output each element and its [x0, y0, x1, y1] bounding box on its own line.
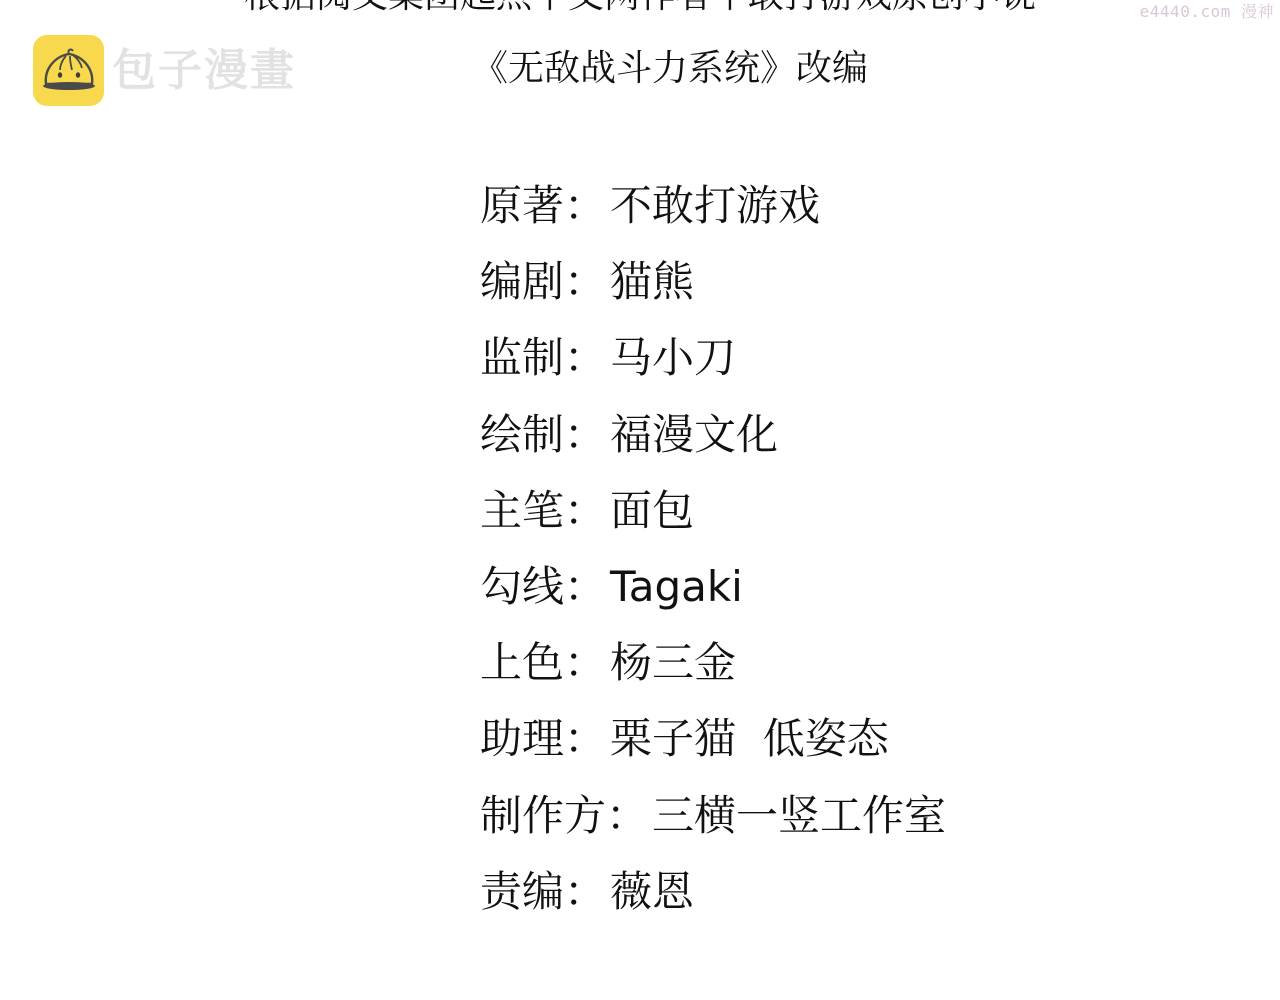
- credit-row-line-art: 勾线：Tagaki: [480, 559, 946, 635]
- credit-role: 责编: [480, 864, 564, 940]
- credit-role: 上色: [480, 635, 564, 711]
- credit-row-illustration: 绘制：福漫文化: [480, 407, 946, 483]
- credit-role: 助理: [480, 711, 564, 787]
- credit-separator: ：: [564, 711, 610, 787]
- credit-row-coloring: 上色：杨三金: [480, 635, 946, 711]
- credit-role: 编剧: [480, 254, 564, 330]
- credit-name: 栗子猫 低姿态: [610, 711, 889, 787]
- credit-name: 面包: [610, 483, 694, 559]
- credit-separator: ：: [564, 483, 610, 559]
- credit-row-producer: 监制：马小刀: [480, 330, 946, 406]
- credit-separator: ：: [564, 864, 610, 940]
- credit-separator: ：: [564, 559, 610, 635]
- credits-list: 原著：不敢打游戏 编剧：猫熊 监制：马小刀 绘制：福漫文化 主笔：面包 勾线：T…: [480, 178, 946, 940]
- credit-role: 原著: [480, 178, 564, 254]
- adaptation-subtitle: 《无敌战斗力系统》改编: [0, 46, 1280, 92]
- credit-name: 福漫文化: [610, 407, 778, 483]
- credit-row-screenwriter: 编剧：猫熊: [480, 254, 946, 330]
- credit-separator: ：: [564, 178, 610, 254]
- credit-name: 三横一竖工作室: [652, 788, 946, 864]
- credit-role: 监制: [480, 330, 564, 406]
- credit-row-original-author: 原著：不敢打游戏: [480, 178, 946, 254]
- credit-row-assistants: 助理：栗子猫 低姿态: [480, 711, 946, 787]
- credit-separator: ：: [564, 407, 610, 483]
- credit-role: 制作方: [480, 788, 606, 864]
- credit-name: 薇恩: [610, 864, 694, 940]
- credit-name: 杨三金: [610, 635, 736, 711]
- credit-name: 猫熊: [610, 254, 694, 330]
- source-novel-line: 根据阅文集团起点中文网作者不敢打游戏原创小说: [0, 0, 1280, 16]
- credit-name: 马小刀: [610, 330, 736, 406]
- credit-row-lead-artist: 主笔：面包: [480, 483, 946, 559]
- credit-role: 勾线: [480, 559, 564, 635]
- credit-separator: ：: [564, 330, 610, 406]
- credit-separator: ：: [606, 788, 652, 864]
- credit-role: 绘制: [480, 407, 564, 483]
- credit-separator: ：: [564, 254, 610, 330]
- watermark-url: e4440.com 漫神: [1140, 2, 1274, 22]
- credit-name: 不敢打游戏: [610, 178, 820, 254]
- credit-role: 主笔: [480, 483, 564, 559]
- credit-name: Tagaki: [610, 559, 743, 635]
- credit-row-studio: 制作方：三横一竖工作室: [480, 788, 946, 864]
- credit-separator: ：: [564, 635, 610, 711]
- credit-row-editor: 责编：薇恩: [480, 864, 946, 940]
